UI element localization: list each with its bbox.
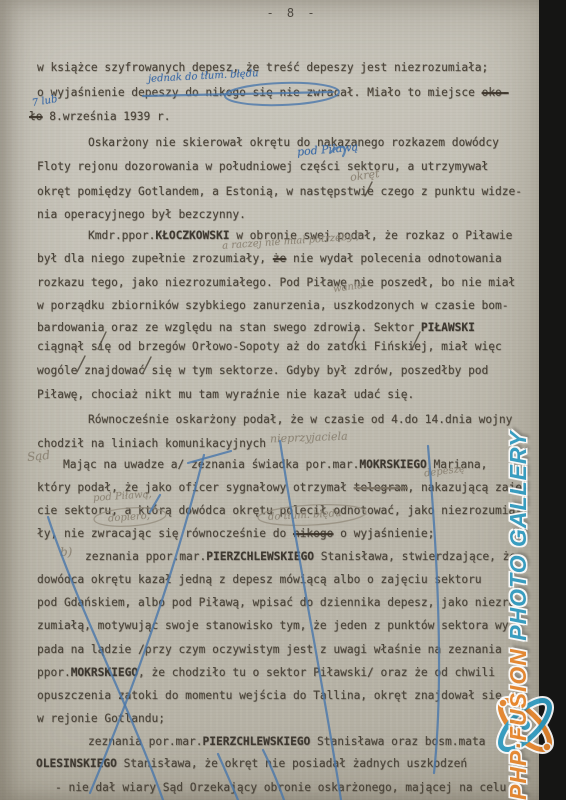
typed-text: telegram xyxy=(354,481,408,494)
typed-line: był dla niego zupełnie zrozumiały, że ni… xyxy=(37,252,502,265)
typed-line: pada na lądzie /przy czym oczywistym jes… xyxy=(37,643,502,656)
typed-text: a/ xyxy=(171,458,184,471)
typed-text: Równocześnie oskarżony podał, że w czasi… xyxy=(88,413,512,426)
typed-text: o wyjaśnienie; xyxy=(333,527,434,540)
pencil-annotation: Sąd xyxy=(26,448,50,464)
typed-line: ppor.MOKRSKIEGO, że chodziło tu o sektor… xyxy=(37,666,495,679)
typed-line: ciągnął się od brzegów Orłowo-Sopoty aż … xyxy=(37,340,502,353)
typed-text: dowódca okrętu kazał jedną z depesz mówi… xyxy=(37,573,482,586)
typed-line: zeznania por.mar.PIERZCHLEWSKIEGO Stanis… xyxy=(88,735,485,748)
typed-text: Stanisława, że okręt nie posiadał żadnyc… xyxy=(117,757,467,770)
typed-text: Stanisława oraz bosm.mata xyxy=(310,735,485,748)
typed-text: zeznania świadka por.mar. xyxy=(184,458,359,471)
typed-text: pada na lądzie /przy czym oczywistym jes… xyxy=(37,643,502,656)
typed-text: był dla niego zupełnie zrozumiały, xyxy=(37,252,273,265)
watermark-text-phpfusion: PHP·FUSION xyxy=(505,648,531,800)
typed-line: Piławę, chociaż nikt mu tam wyraźnie nie… xyxy=(37,388,414,401)
page-number: - 8 - xyxy=(252,6,332,20)
typed-text: Mając na uwadze xyxy=(63,458,171,471)
typed-line: zumiałą, motywując swoje stanowisko tym,… xyxy=(37,619,515,632)
typed-text: KŁOCZKOWSKI xyxy=(155,229,229,242)
typed-text: Floty rejonu dozorowania w południowej c… xyxy=(37,160,488,173)
typed-line: nia operacyjnego był bezczynny. xyxy=(37,208,246,221)
typed-text: ppor. xyxy=(37,666,71,679)
typed-text: 8.września 1939 r. xyxy=(42,110,170,123)
scanned-document-page: - 8 - w książce szyfrowanych depesz, że … xyxy=(0,0,566,800)
pencil-annotation: b) xyxy=(60,545,72,559)
typed-text: MOKRSKIEGO xyxy=(359,458,426,471)
typed-line: Oskarżony nie skierował okrętu do nakaza… xyxy=(88,136,499,149)
typed-text: w rejonie Gotlandu; xyxy=(37,712,165,725)
typed-line: Floty rejonu dozorowania w południowej c… xyxy=(37,160,488,173)
typed-line: w rejonie Gotlandu; xyxy=(37,712,165,725)
typed-text: w książce szyfrowanych depesz, że treść … xyxy=(37,61,488,74)
typed-text: ciągnął się od brzegów Orłowo-Sopoty aż … xyxy=(37,340,502,353)
typed-line: w książce szyfrowanych depesz, że treść … xyxy=(37,61,488,74)
typed-line: rozkazu tego, jako niezrozumiałego. Pod … xyxy=(37,276,515,289)
typed-line: o wyjaśnienie depeszy do nikogo się nie … xyxy=(37,86,509,99)
typed-text: nia operacyjnego był bezczynny. xyxy=(37,208,246,221)
typed-text: bardowania oraz ze względu na stan swego… xyxy=(37,321,421,334)
typed-line: wogóle znajdować się w tym sektorze. Gdy… xyxy=(37,364,488,377)
typed-line: w porządku zbiorników szybkiego zanurzen… xyxy=(37,299,508,312)
typed-text: - nie dał wiary Sąd Orzekający obronie o… xyxy=(55,781,506,794)
typed-line: chodził na liniach komunikacyjnych xyxy=(37,437,266,450)
typed-line: dowódca okrętu kazał jedną z depesz mówi… xyxy=(37,573,482,586)
typed-text: MOKRSKIEGO xyxy=(71,666,138,679)
typed-line: ły, nie zwracając się równocześnie do ni… xyxy=(37,527,434,540)
typed-line: ło 8.września 1939 r. xyxy=(29,110,170,123)
typed-text: chodził na liniach komunikacyjnych xyxy=(37,437,266,450)
typed-text: który podał, że jako oficer sygnałowy ot… xyxy=(37,481,354,494)
typed-text: o wyjaśnienie depeszy xyxy=(37,86,185,99)
pencil-annotation: nieprzyjaciela xyxy=(270,430,348,446)
typed-text: PIŁAWSKI xyxy=(421,321,475,334)
typed-line: bardowania oraz ze względu na stan swego… xyxy=(37,321,475,334)
typed-text: OLESINSKIEGO xyxy=(36,757,117,770)
typed-text: rozkazu tego, jako niezrozumiałego. Pod … xyxy=(37,276,515,289)
typed-text: w porządku zbiorników szybkiego zanurzen… xyxy=(37,299,508,312)
typed-line: zeznania ppor.mar.PIERZCHLEWSKIEGO Stani… xyxy=(85,550,516,563)
typed-text: Stanisława, stwierdzające, że xyxy=(314,550,516,563)
typed-text: że xyxy=(273,252,286,265)
typed-line: - nie dał wiary Sąd Orzekający obronie o… xyxy=(55,781,506,794)
typed-text: PIERZCHLEWSKIEGO xyxy=(203,735,311,748)
typed-text: ło xyxy=(29,110,42,123)
typed-text: ły, nie zwracając się równocześnie do xyxy=(37,527,293,540)
typed-text: , że chodziło tu o sektor Piławski/ oraz… xyxy=(138,666,495,679)
typed-text: zeznania por.mar. xyxy=(88,735,203,748)
typed-text: nie wydał polecenia odnotowania xyxy=(286,252,502,265)
typed-text: oko- xyxy=(482,86,509,99)
typed-text: Piławę, chociaż nikt mu tam wyraźnie nie… xyxy=(37,388,414,401)
typed-text: do nikogo xyxy=(185,86,246,99)
typed-line: okręt pomiędzy Gotlandem, a Estonią, w n… xyxy=(37,185,522,198)
typed-text: zumiałą, motywując swoje stanowisko tym,… xyxy=(37,619,515,632)
typed-line: pod Gdańskiem, albo pod Piławą, wpisać d… xyxy=(37,596,522,609)
typed-text: wogóle znajdować się w tym sektorze. Gdy… xyxy=(37,364,488,377)
typed-text: Kmdr.ppor. xyxy=(88,229,155,242)
typed-text: nikogo xyxy=(293,527,333,540)
typed-text: Miało to miejsce xyxy=(360,86,481,99)
typed-text: okręt pomiędzy Gotlandem, a Estonią, w n… xyxy=(37,185,522,198)
typed-line: OLESINSKIEGO Stanisława, że okręt nie po… xyxy=(36,757,467,770)
typed-text: opuszczenia zatoki do momentu wejścia do… xyxy=(37,689,502,702)
typed-line: Równocześnie oskarżony podał, że w czasi… xyxy=(88,413,512,426)
typed-line: opuszczenia zatoki do momentu wejścia do… xyxy=(37,689,502,702)
watermark: PHP·FUSION PHOTO GALLERY xyxy=(505,431,532,800)
typed-text: się nie zwracał. xyxy=(246,86,361,99)
typed-text: zeznania ppor.mar. xyxy=(85,550,206,563)
scan-black-border xyxy=(539,0,566,800)
typed-text: pod Gdańskiem, albo pod Piławą, wpisać d… xyxy=(37,596,522,609)
watermark-text-photogallery: PHOTO GALLERY xyxy=(505,431,531,649)
typed-text: PIERZCHLEWSKIEGO xyxy=(206,550,314,563)
typed-text: Oskarżony nie skierował okrętu do nakaza… xyxy=(88,136,499,149)
